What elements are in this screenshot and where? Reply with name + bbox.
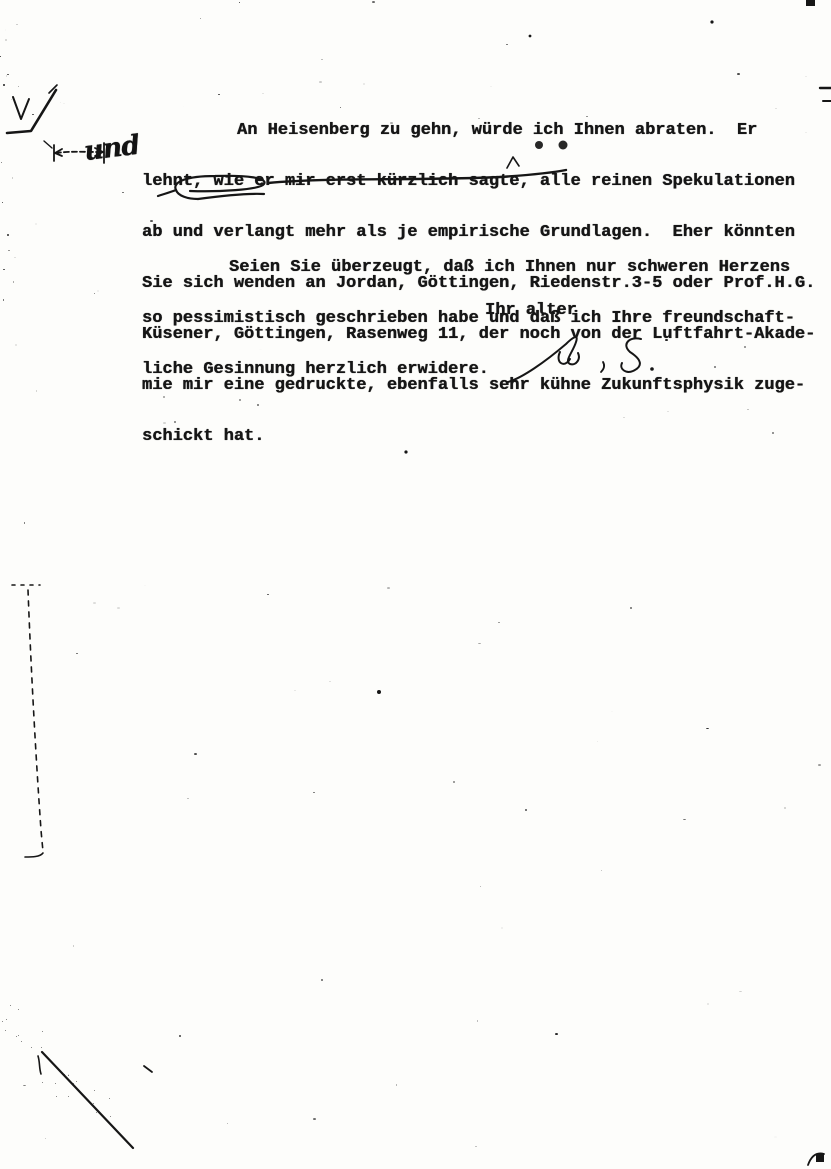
vertical-crease-line [12,585,43,857]
handwritten-margin-note: und [82,130,141,167]
check-arrow-mark [7,85,57,148]
paragraph-2: Seien Sie überzeugt, daß ich Ihnen nur s… [142,225,795,412]
diagonal-crease-line [38,1052,152,1148]
scanned-letter-page: An Heisenberg zu gehn, würde ich Ihnen a… [0,0,831,1169]
typed-line: An Heisenberg zu gehn, würde ich Ihnen a… [142,122,815,139]
typed-line: schickt hat. [142,428,815,445]
typed-line: lehnt, wie er mir erst kürzlich sagte, a… [142,173,815,190]
typed-line: so pessimistisch geschrieben habe und da… [142,310,795,327]
typed-line: Seien Sie überzeugt, daß ich Ihnen nur s… [142,259,795,276]
closing-line: Ihr alter [485,302,577,319]
typed-line: liche Gesinnung herzlich erwidere. [142,361,795,378]
